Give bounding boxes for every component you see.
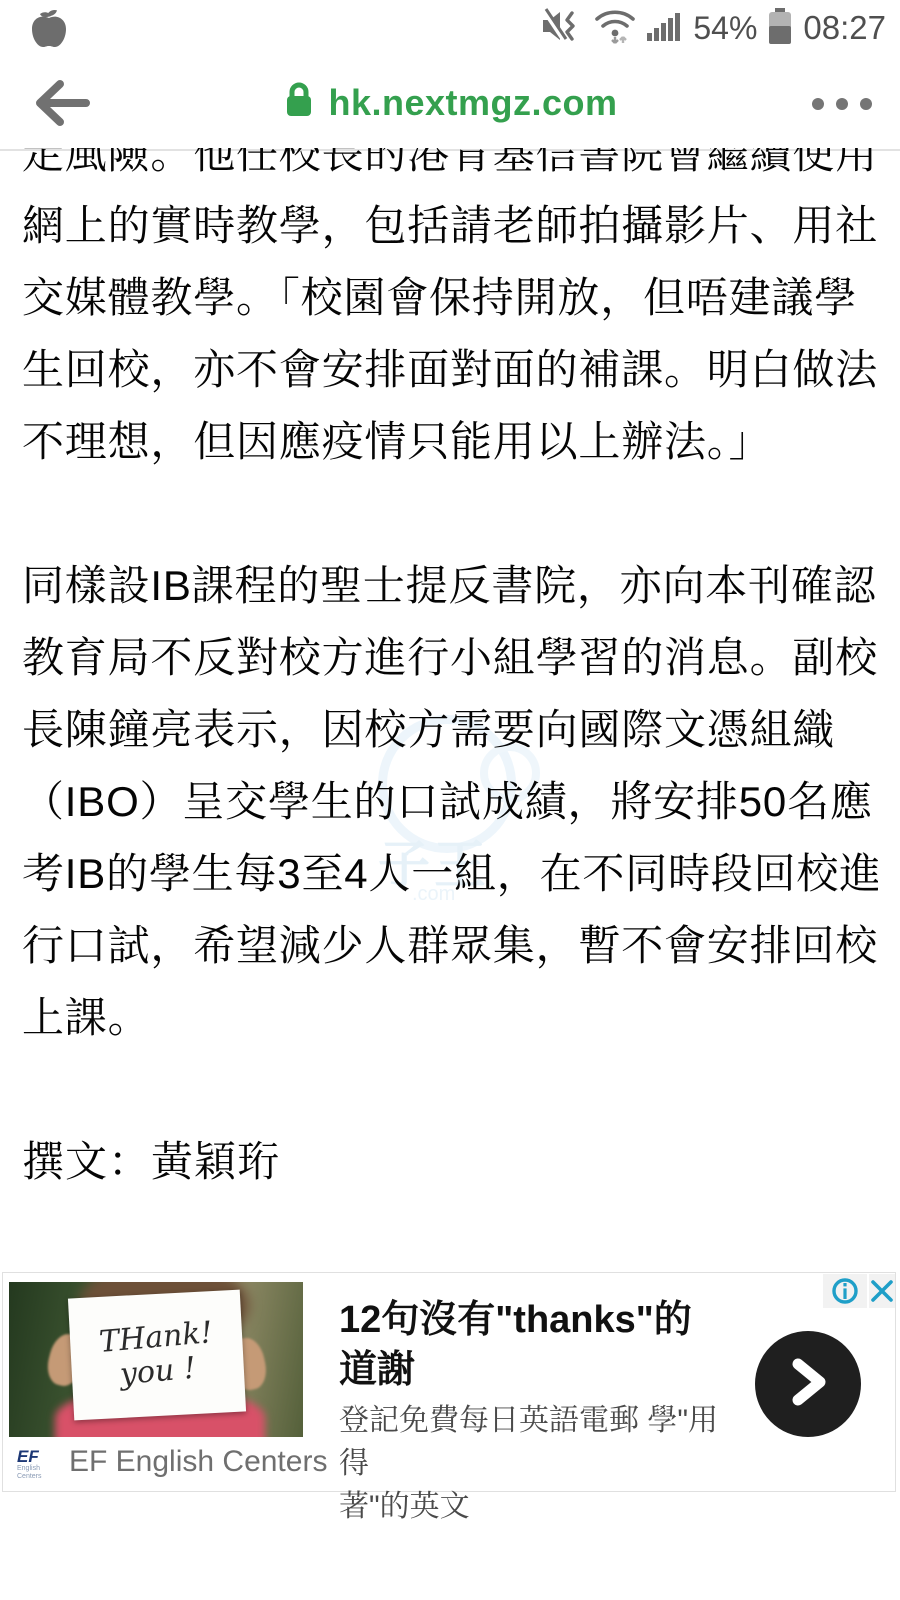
clock: 08:27: [803, 9, 886, 47]
url-text: hk.nextmgz.com: [328, 82, 617, 124]
mute-vibrate-icon: [541, 7, 583, 50]
article-line: 長陳鐘亮表示，因校方需要向國際文憑組織: [22, 694, 878, 766]
article-body: 走風險。他任校長的港青基信書院會繼續使用 網上的實時教學，包括請老師拍攝影片、用…: [22, 148, 878, 1258]
paragraph: 同樣設IB課程的聖士提反書院，亦向本刊確認 教育局不反對校方進行小組學習的消息。…: [22, 550, 878, 1054]
paragraph: 走風險。他任校長的港青基信書院會繼續使用 網上的實時教學，包括請老師拍攝影片、用…: [22, 148, 878, 478]
article-line: 走風險。他任校長的港青基信書院會繼續使用: [22, 148, 878, 190]
article-line: 不理想，但因應疫情只能用以上辦法。」: [22, 406, 878, 478]
article-line: 教育局不反對校方進行小組學習的消息。副校: [22, 622, 878, 694]
ad-cta-button[interactable]: [755, 1331, 861, 1437]
ef-logo: EF English Centers: [17, 1449, 65, 1479]
ef-logo-text: EF: [17, 1449, 65, 1465]
chevron-right-icon: [782, 1352, 834, 1417]
article-line: 同樣設IB課程的聖士提反書院，亦向本刊確認: [22, 550, 878, 622]
article-line: 上課。: [22, 982, 878, 1054]
article-line: 網上的實時教學，包括請老師拍攝影片、用社: [22, 190, 878, 262]
ad-description[interactable]: 登記免費每日英語電郵 學"用得 著"的英文: [339, 1399, 739, 1528]
lock-icon: [282, 78, 316, 127]
ad-image[interactable]: THank! you !: [9, 1282, 303, 1437]
wifi-icon: [593, 6, 637, 51]
ad-advertiser-name: EF English Centers: [69, 1445, 327, 1479]
apple-notification-icon: [26, 8, 72, 52]
adchoices-icon[interactable]: [823, 1274, 869, 1308]
thank-you-sign: THank! you !: [68, 1290, 246, 1421]
signal-icon: [647, 7, 683, 50]
screen: 54% 08:27 hk.nextmgz.com: [0, 0, 900, 1600]
battery-percent: 54%: [693, 10, 757, 47]
ad-body-line1: 登記免費每日英語電郵 學"用得: [339, 1399, 739, 1485]
url-field[interactable]: hk.nextmgz.com: [0, 56, 900, 149]
ad-body-line2: 著"的英文: [339, 1485, 739, 1528]
ad-headline[interactable]: 12句沒有"thanks"的 道謝: [339, 1295, 769, 1395]
browser-address-bar: hk.nextmgz.com: [0, 56, 900, 151]
close-icon[interactable]: [869, 1274, 895, 1308]
ad-headline-line1: 12句沒有"thanks"的: [339, 1295, 769, 1345]
ef-logo-subtext: English Centers: [17, 1465, 65, 1481]
status-bar: 54% 08:27: [0, 0, 900, 56]
back-button[interactable]: [30, 76, 94, 130]
sign-text-line2: you !: [119, 1352, 198, 1392]
overflow-menu-icon[interactable]: [812, 84, 872, 124]
article-line: （IBO）呈交學生的口試成績，將安排50名應: [22, 766, 878, 838]
article-line: 考IB的學生每3至4人一組，在不同時段回校進: [22, 838, 878, 910]
article-line: 生回校，亦不會安排面對面的補課。明白做法: [22, 334, 878, 406]
ad-headline-line2: 道謝: [339, 1345, 769, 1395]
article-line: 行口試，希望減少人群眾集，暫不會安排回校: [22, 910, 878, 982]
ad-banner[interactable]: THank! you ! 12句沒有"thanks"的 道謝 登記免費每日英語電…: [2, 1272, 896, 1492]
battery-icon: [767, 6, 793, 51]
article-byline: 撰文：黃穎珩: [22, 1126, 878, 1198]
article-line: 交媒體教學。「校園會保持開放，但唔建議學: [22, 262, 878, 334]
